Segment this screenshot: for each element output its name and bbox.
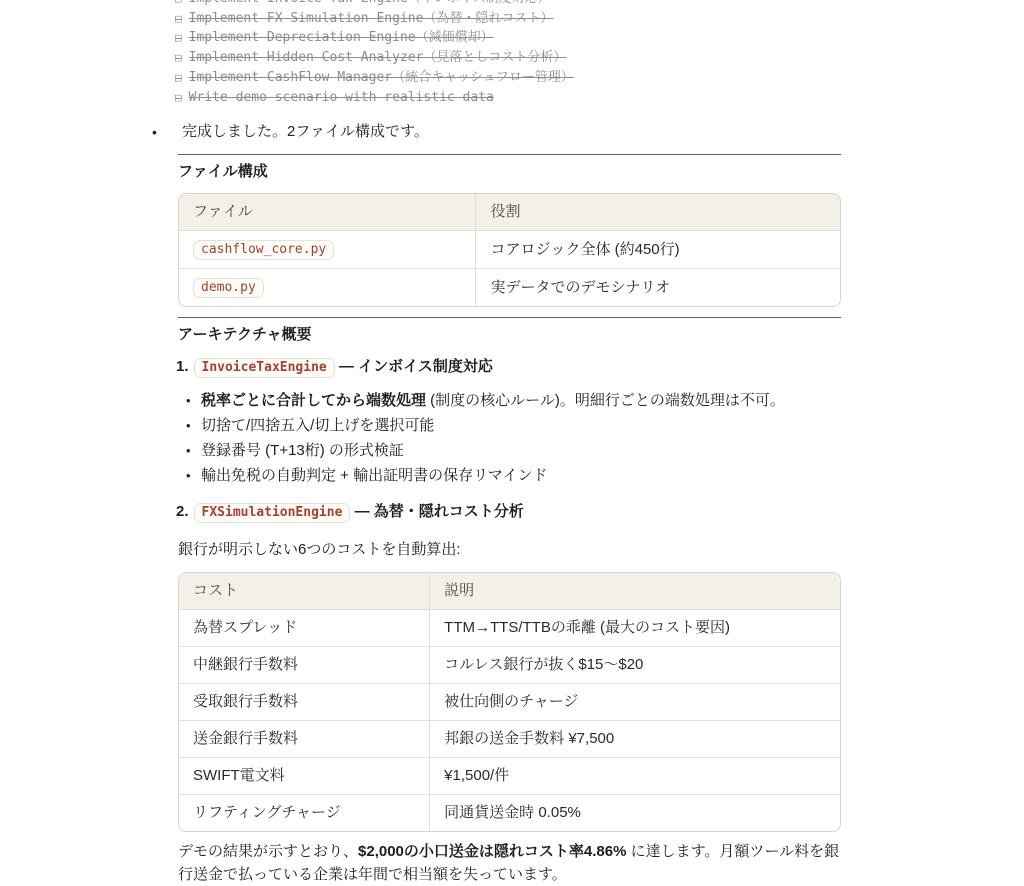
intro-text: 完成しました。2ファイル構成です。 — [182, 120, 858, 144]
file-cell: demo.py — [179, 269, 476, 306]
plain-text: 切捨て/四捨五入/切上げを選択可能 — [201, 417, 434, 434]
todo-item: □Implement Invoice Tax Engine（インボイス制度対応） — [175, 0, 858, 9]
cost-cell: SWIFT電文料 — [179, 758, 430, 795]
table-row: demo.py 実データでのデモシナリオ — [179, 269, 840, 306]
todo-item: □Implement Hidden Cost Analyzer（見落としコスト分… — [175, 48, 858, 68]
desc-cell: 邦銀の送金手数料 ¥7,500 — [430, 721, 840, 758]
inline-code: cashflow_core.py — [193, 240, 334, 260]
item-title: — 為替・隠れコスト分析 — [350, 503, 523, 520]
todo-item-label: Implement Invoice Tax Engine（インボイス制度対応） — [189, 0, 551, 6]
table-row: cashflow_core.py コアロジック全体 (約450行) — [179, 231, 840, 269]
cost-intro-text: 銀行が明示しない6つのコストを自動算出: — [178, 538, 841, 562]
bullet-icon: • — [148, 120, 182, 144]
list-item-text: 切捨て/四捨五入/切上げを選択可能 — [201, 413, 841, 438]
todo-item-label: Write demo scenario with realistic data — [189, 90, 494, 105]
inline-code: FXSimulationEngine — [194, 503, 351, 523]
role-cell: コアロジック全体 (約450行) — [476, 231, 840, 269]
file-table-header-file: ファイル — [179, 194, 476, 231]
cost-table: コスト 説明 為替スプレッド TTM→TTS/TTBの乖離 (最大のコスト要因)… — [178, 572, 841, 826]
item-number: 1. — [176, 358, 189, 375]
table-row: 為替スプレッド TTM→TTS/TTBの乖離 (最大のコスト要因) — [179, 610, 840, 647]
inline-code: demo.py — [193, 278, 264, 298]
file-section-heading: ファイル構成 — [178, 161, 841, 183]
todo-item: □Implement CashFlow Manager（統合キャッシュフロー管理… — [175, 68, 858, 88]
intro-bullet-item: • 完成しました。2ファイル構成です。 — [148, 120, 858, 144]
cost-table-header-desc: 説明 — [430, 573, 840, 610]
item1-bullet-list: • 税率ごとに合計してから端数処理 (制度の核心ルール)。明細行ごとの端数処理は… — [178, 388, 841, 488]
desc-cell: TTM→TTS/TTBの乖離 (最大のコスト要因) — [430, 610, 840, 647]
numbered-item-1: 1.InvoiceTaxEngine — インボイス制度対応 — [178, 354, 841, 381]
table-header-row: コスト 説明 — [179, 573, 840, 610]
bullet-icon: • — [186, 388, 201, 413]
table-row: 中継銀行手数料 コルレス銀行が抜く$15〜$20 — [179, 647, 840, 684]
bold-text: 税率ごとに合計してから端数処理 — [201, 392, 426, 409]
table-row: 受取銀行手数料 被仕向側のチャージ — [179, 684, 840, 721]
file-table-header-role: 役割 — [476, 194, 840, 231]
architecture-heading: アーキテクチャ概要 — [178, 324, 841, 346]
divider — [178, 154, 841, 155]
message-content: □Implement Invoice Tax Engine（インボイス制度対応）… — [148, 0, 858, 826]
list-item-text: 輸出免税の自動判定 + 輸出証明書の保存リマインド — [201, 463, 841, 488]
plain-text: 登録番号 (T+13桁) の形式検証 — [201, 442, 404, 459]
list-item-text: 税率ごとに合計してから端数処理 (制度の核心ルール)。明細行ごとの端数処理は不可… — [201, 388, 841, 413]
bullet-icon: • — [186, 463, 201, 488]
desc-cell: 同通貨送金時 0.05% — [430, 795, 840, 826]
numbered-item-2: 2.FXSimulationEngine — 為替・隠れコスト分析 — [178, 499, 841, 526]
cost-cell: 送金銀行手数料 — [179, 721, 430, 758]
table-row: 送金銀行手数料 邦銀の送金手数料 ¥7,500 — [179, 721, 840, 758]
list-item-text: 登録番号 (T+13桁) の形式検証 — [201, 438, 841, 463]
checkbox-icon: □ — [175, 51, 182, 64]
todo-checklist: □Implement Invoice Tax Engine（インボイス制度対応）… — [175, 0, 858, 107]
divider — [178, 317, 841, 318]
todo-item: □Implement FX Simulation Engine（為替・隠れコスト… — [175, 9, 858, 29]
cost-table-header-cost: コスト — [179, 573, 430, 610]
bullet-icon: • — [186, 438, 201, 463]
list-item: • 税率ごとに合計してから端数処理 (制度の核心ルール)。明細行ごとの端数処理は… — [178, 388, 841, 413]
desc-cell: ¥1,500/件 — [430, 758, 840, 795]
desc-cell: コルレス銀行が抜く$15〜$20 — [430, 647, 840, 684]
plain-text: 輸出免税の自動判定 + 輸出証明書の保存リマインド — [201, 467, 548, 484]
checkbox-icon: □ — [175, 0, 182, 5]
list-item: • 切捨て/四捨五入/切上げを選択可能 — [178, 413, 841, 438]
todo-item-label: Implement Hidden Cost Analyzer（見落としコスト分析… — [189, 50, 567, 65]
checkbox-icon: □ — [175, 91, 182, 104]
desc-cell: 被仕向側のチャージ — [430, 684, 840, 721]
todo-item: □Implement Depreciation Engine（減価償却） — [175, 28, 858, 48]
item-title: — インボイス制度対応 — [335, 358, 493, 375]
cost-cell: 受取銀行手数料 — [179, 684, 430, 721]
list-item: • 登録番号 (T+13桁) の形式検証 — [178, 438, 841, 463]
markdown-body: ファイル構成 ファイル 役割 cashflow_core.py コアロジック全体… — [178, 154, 841, 826]
file-cell: cashflow_core.py — [179, 231, 476, 269]
todo-item: □Write demo scenario with realistic data — [175, 88, 858, 108]
bullet-icon: • — [186, 413, 201, 438]
cost-cell: リフティングチャージ — [179, 795, 430, 826]
todo-item-label: Implement Depreciation Engine（減価償却） — [189, 30, 494, 45]
todo-item-label: Implement FX Simulation Engine（為替・隠れコスト） — [189, 11, 554, 26]
inline-code: InvoiceTaxEngine — [194, 358, 335, 378]
checkbox-icon: □ — [175, 12, 182, 25]
checkbox-icon: □ — [175, 31, 182, 44]
checkbox-icon: □ — [175, 71, 182, 84]
item-number: 2. — [176, 503, 189, 520]
table-row: SWIFT電文料 ¥1,500/件 — [179, 758, 840, 795]
list-item: • 輸出免税の自動判定 + 輸出証明書の保存リマインド — [178, 463, 841, 488]
role-cell: 実データでのデモシナリオ — [476, 269, 840, 306]
file-table: ファイル 役割 cashflow_core.py コアロジック全体 (約450行… — [178, 193, 841, 307]
plain-text: (制度の核心ルール)。明細行ごとの端数処理は不可。 — [426, 392, 785, 409]
table-header-row: ファイル 役割 — [179, 194, 840, 231]
table-row: リフティングチャージ 同通貨送金時 0.05% — [179, 795, 840, 826]
cost-cell: 中継銀行手数料 — [179, 647, 430, 684]
cost-cell: 為替スプレッド — [179, 610, 430, 647]
todo-item-label: Implement CashFlow Manager（統合キャッシュフロー管理） — [189, 70, 574, 85]
